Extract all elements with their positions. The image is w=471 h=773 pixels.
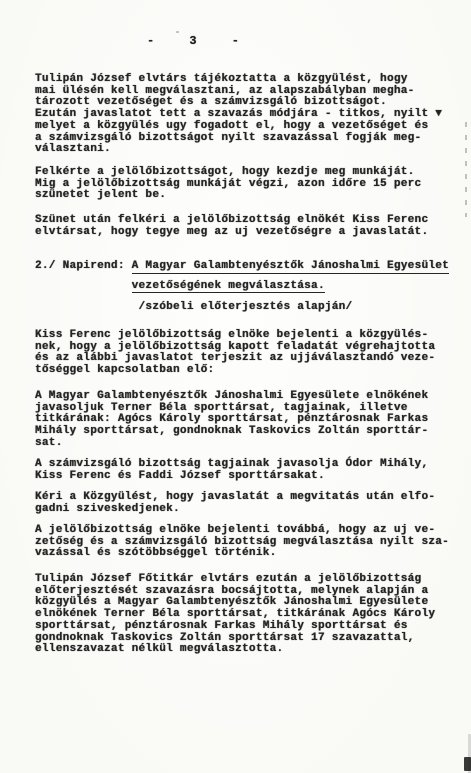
text-line: sat. xyxy=(35,438,428,450)
paragraph-3: Szünet után felkéri a jelölőbizottság el… xyxy=(35,215,428,238)
text-segment: Kiss Ferenc jelölőbizottság elnöke bejel… xyxy=(35,329,428,341)
text-segment: tőséggel kapcsolatban elő: xyxy=(35,364,214,376)
text-segment: mai ülésén kell megválasztani, az alapsz… xyxy=(35,85,415,97)
text-segment: Kiss Ferenc és Faddi József sporttársaka… xyxy=(35,470,325,482)
text-segment: választani. xyxy=(35,143,111,155)
text-segment: közgyülés a Magyar Galambtenyésztők Jáno… xyxy=(35,596,428,608)
text-segment: /szóbeli előterjesztés alapján/ xyxy=(35,301,352,313)
text-segment: sporttársat, pénztárosnak Farkas Mihály … xyxy=(35,620,408,632)
text-segment: elnökének Terner Béla sporttársat, titká… xyxy=(35,608,435,620)
text-line: ellenszavazat nélkül megválasztotta. xyxy=(35,644,435,656)
text-segment: Tulipán József elvtárs tájékoztatta a kö… xyxy=(35,73,408,85)
paragraph-5: A Magyar Galambtenyésztők Jánoshalmi Egy… xyxy=(35,391,428,450)
page-number: - 3 - xyxy=(147,34,239,48)
text-segment: zetőség és a számvizsgáló bizottság megv… xyxy=(35,536,449,548)
paragraph-9: Tulipán József Főtitkár elvtárs ezután a… xyxy=(35,574,435,656)
scan-speckle xyxy=(176,31,179,33)
text-segment: gondnoknak Taskovics Zoltán sporttársat … xyxy=(35,632,415,644)
text-segment: A számvizsgáló bizottság tagjainak javas… xyxy=(35,458,428,470)
text-line: szünetet jelent be. xyxy=(35,190,421,202)
text-segment: tározott vezetőséget és a számvizsgáló b… xyxy=(35,96,387,108)
text-line: tőséggel kapcsolatban elő: xyxy=(35,365,435,377)
text-segment: a számvizsgáló bizottságot nyilt szavazá… xyxy=(35,132,421,144)
text-segment: Szünet után felkéri a jelölőbizottság el… xyxy=(35,214,428,226)
text-line: vezetőségének megválasztása. xyxy=(35,281,449,293)
text-segment: Mihály sporttársat, gondnoknak Taskovics… xyxy=(35,425,428,437)
scan-edge-artifact xyxy=(465,122,467,217)
paragraph-1: Tulipán József elvtárs tájékoztatta a kö… xyxy=(35,74,442,156)
text-segment: titkárának: Agócs Károly sporttársat, pé… xyxy=(35,413,428,425)
text-segment: Tulipán József Főtitkár elvtárs ezután a… xyxy=(35,573,421,585)
underlined-text: vezetőségének megválasztása. xyxy=(132,280,325,294)
text-segment: nek, hogy a jelölőbizottság kapott felad… xyxy=(35,341,435,353)
text-segment xyxy=(35,280,132,292)
paragraph-4: Kiss Ferenc jelölőbizottság elnöke bejel… xyxy=(35,330,435,377)
text-segment: gadni sziveskedjenek. xyxy=(35,503,180,515)
paragraph-7: Kéri a Közgyülést, hogy javaslatát a meg… xyxy=(35,492,435,515)
text-segment: szünetet jelent be. xyxy=(35,189,166,201)
text-line: választani. xyxy=(35,144,442,156)
text-line: vazással és szótöbbséggel történik. xyxy=(35,548,449,560)
text-segment: sat. xyxy=(35,437,63,449)
text-line: gadni sziveskedjenek. xyxy=(35,504,435,516)
text-line: elvtársat, hogy tegye meg az uj vezetősé… xyxy=(35,227,428,239)
paragraph-6: A számvizsgáló bizottság tagjainak javas… xyxy=(35,459,428,482)
text-segment: javasoljuk Terner Béla sporttársat, tagj… xyxy=(35,402,408,414)
text-segment: Kéri a Közgyülést, hogy javaslatát a meg… xyxy=(35,491,435,503)
underlined-text: A Magyar Galambtenyésztők Jánoshalmi Egy… xyxy=(132,260,449,274)
scan-edge-artifact xyxy=(464,757,471,771)
text-line: /szóbeli előterjesztés alapján/ xyxy=(35,302,449,314)
scanned-document-page: - 3 - Tulipán József elvtárs tájékoztatt… xyxy=(0,0,471,773)
text-segment: Felkérte a jelölőbizottságot, hogy kezdj… xyxy=(35,166,415,178)
text-segment: A Magyar Galambtenyésztők Jánoshalmi Egy… xyxy=(35,390,428,402)
text-segment: Ezután javaslatot tett a szavazás módjár… xyxy=(35,108,442,120)
text-segment: vazással és szótöbbséggel történik. xyxy=(35,547,277,559)
text-segment: A jelölőbizottság elnöke bejelenti továb… xyxy=(35,524,435,536)
scan-speckle xyxy=(409,188,411,190)
text-segment: előterjesztését szavazásra bocsájtotta, … xyxy=(35,585,428,597)
text-segment: Mig a jelölőbizottság munkáját végzi, az… xyxy=(35,178,421,190)
text-line: Mihály sporttársat, gondnoknak Taskovics… xyxy=(35,426,428,438)
text-line: 2./ Napirend: A Magyar Galambtenyésztők … xyxy=(35,261,449,273)
text-segment: elvtársat, hogy tegye meg az uj vezetősé… xyxy=(35,226,428,238)
text-line: Kiss Ferenc és Faddi József sporttársaka… xyxy=(35,471,428,483)
text-segment: ellenszavazat nélkül megválasztotta. xyxy=(35,643,283,655)
text-segment: 2./ Napirend: xyxy=(35,260,132,272)
text-segment: melyet a közgyülés ugy fogadott el, hogy… xyxy=(35,120,428,132)
agenda-item-heading: 2./ Napirend: A Magyar Galambtenyésztők … xyxy=(35,261,449,314)
paragraph-2: Felkérte a jelölőbizottságot, hogy kezdj… xyxy=(35,167,421,202)
paragraph-8: A jelölőbizottság elnöke bejelenti továb… xyxy=(35,525,449,560)
text-segment: és az alábbi javaslatot terjeszit az ujj… xyxy=(35,352,435,364)
